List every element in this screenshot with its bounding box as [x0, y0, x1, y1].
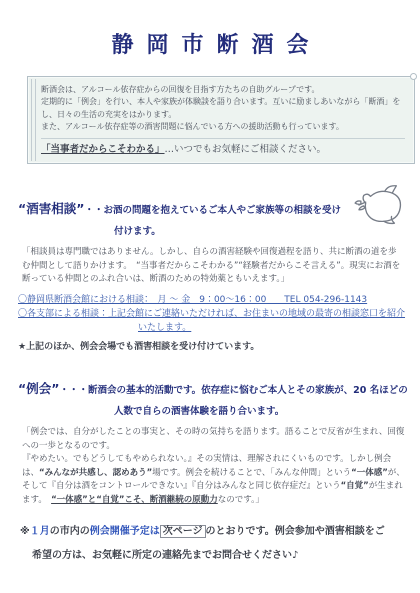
link-branch-consultation[interactable]: 〇各支部による相談：上記会館にご連絡いただければ、お住まいの地域の最寄の相談窓口… — [18, 308, 410, 322]
intro-line-3: また、アルコール依存症等の酒害問題に悩んでいる方への援助活動も行っています。 — [41, 121, 405, 133]
meeting-para2-s8-keyphrase: “一体感”と“自覚”こそ、断酒継続の原動力 — [51, 495, 218, 505]
intro-highlight-underlined: 「当事者だからこそわかる」 — [41, 144, 165, 155]
meeting-para2-s9: なのです。」 — [218, 495, 264, 505]
consultation-quote: 「相談員は専門職ではありません。しかし、自らの酒害経験や回復過程を語り、共に断酒… — [22, 246, 402, 287]
meeting-heading: “例会”・・・断酒会の基本的活動です。依存症に悩むご本人とその家族が、20 名ほ… — [18, 378, 410, 397]
link-branch-consultation-cont[interactable]: いたします。 — [138, 322, 410, 336]
meeting-paragraph: 「例会では、自分がしたことの事実と、その時の気持ちを語ります。語ることで反省が生… — [22, 426, 410, 508]
meeting-para1: 「例会では、自分がしたことの事実と、その時の気持ちを語ります。語ることで反省が生… — [22, 427, 404, 451]
meeting-para2-s4: “一体感” — [351, 468, 388, 478]
meeting-heading-name: “例会” — [18, 381, 59, 396]
intro-highlight-line: 「当事者だからこそわかる」…いつでもお気軽にご相談ください。 — [41, 138, 405, 158]
section-alcohol-consultation: “酒害相談”・・お酒の問題を抱えているご本人やご家族等の相談を受け 付けます。 … — [18, 198, 410, 361]
footer-mid2: のとおりです。例会参加や酒害相談をご — [206, 526, 385, 537]
footer-mid1: の市内の — [50, 526, 90, 537]
consultation-extra-note: ★上記のほか、例会会場でも酒害相談を受け付けています。 — [18, 339, 410, 352]
footer-line1: ※１月の市内の例会開催予定は次ページのとおりです。例会参加や酒害相談をご — [20, 524, 408, 539]
next-page-link[interactable]: 次ページ — [160, 525, 206, 538]
consultation-contact-links: 〇静岡県断酒会館における相談： 月 ～ 金 9：00～16：00 TEL 054… — [18, 294, 410, 336]
intro-line-1: 断酒会は、アルコール依存症からの回復を目指す方たちの自助グループです。 — [41, 84, 405, 96]
intro-highlight-rest: …いつでもお気軽にご相談ください。 — [165, 144, 327, 155]
page: 静岡市断酒会 断酒会は、アルコール依存症からの回復を目指す方たちの自助グループで… — [0, 0, 420, 593]
consultation-heading-desc: ・・お酒の問題を抱えているご本人やご家族等の相談を受け — [84, 205, 341, 216]
footer-note: ※１月の市内の例会開催予定は次ページのとおりです。例会参加や酒害相談をご 希望の… — [20, 524, 408, 563]
footer-asterisk: ※ — [20, 526, 30, 537]
meeting-heading-desc: ・・・断酒会の基本的活動です。依存症に悩むご本人とその家族が、20 名ほどの — [59, 385, 407, 396]
dove-olive-branch-icon — [352, 182, 410, 228]
footer-line2: 希望の方は、お気軽に所定の連絡先までお問合せください♪ — [32, 548, 408, 563]
intro-scroll-box: 断酒会は、アルコール依存症からの回復を目指す方たちの自助グループです。 定期的に… — [27, 76, 415, 164]
meeting-para2-s2: “みんなが共感し、認めあう” — [39, 468, 152, 478]
footer-schedule-text: 例会開催予定は — [90, 526, 160, 537]
meeting-para2-s3: 場です。例会を続けることで、「みんな仲間」という — [152, 468, 351, 478]
intro-line-2: 定期的に「例会」を行い、本人や家族が体験談を語り合います。互いに励ましあいながら… — [41, 96, 405, 121]
meeting-para2-s6: “自覚” — [341, 481, 369, 491]
section-regular-meeting: “例会”・・・断酒会の基本的活動です。依存症に悩むご本人とその家族が、20 名ほ… — [18, 378, 410, 508]
consultation-heading-name: “酒害相談” — [18, 201, 84, 216]
page-title: 静岡市断酒会 — [0, 28, 420, 59]
footer-month: １月 — [30, 526, 50, 537]
meeting-heading-line2: 人数で自らの酒害体験を語り合います。 — [114, 403, 410, 417]
link-kaikan-consultation[interactable]: 〇静岡県断酒会館における相談： 月 ～ 金 9：00～16：00 TEL 054… — [18, 294, 410, 308]
